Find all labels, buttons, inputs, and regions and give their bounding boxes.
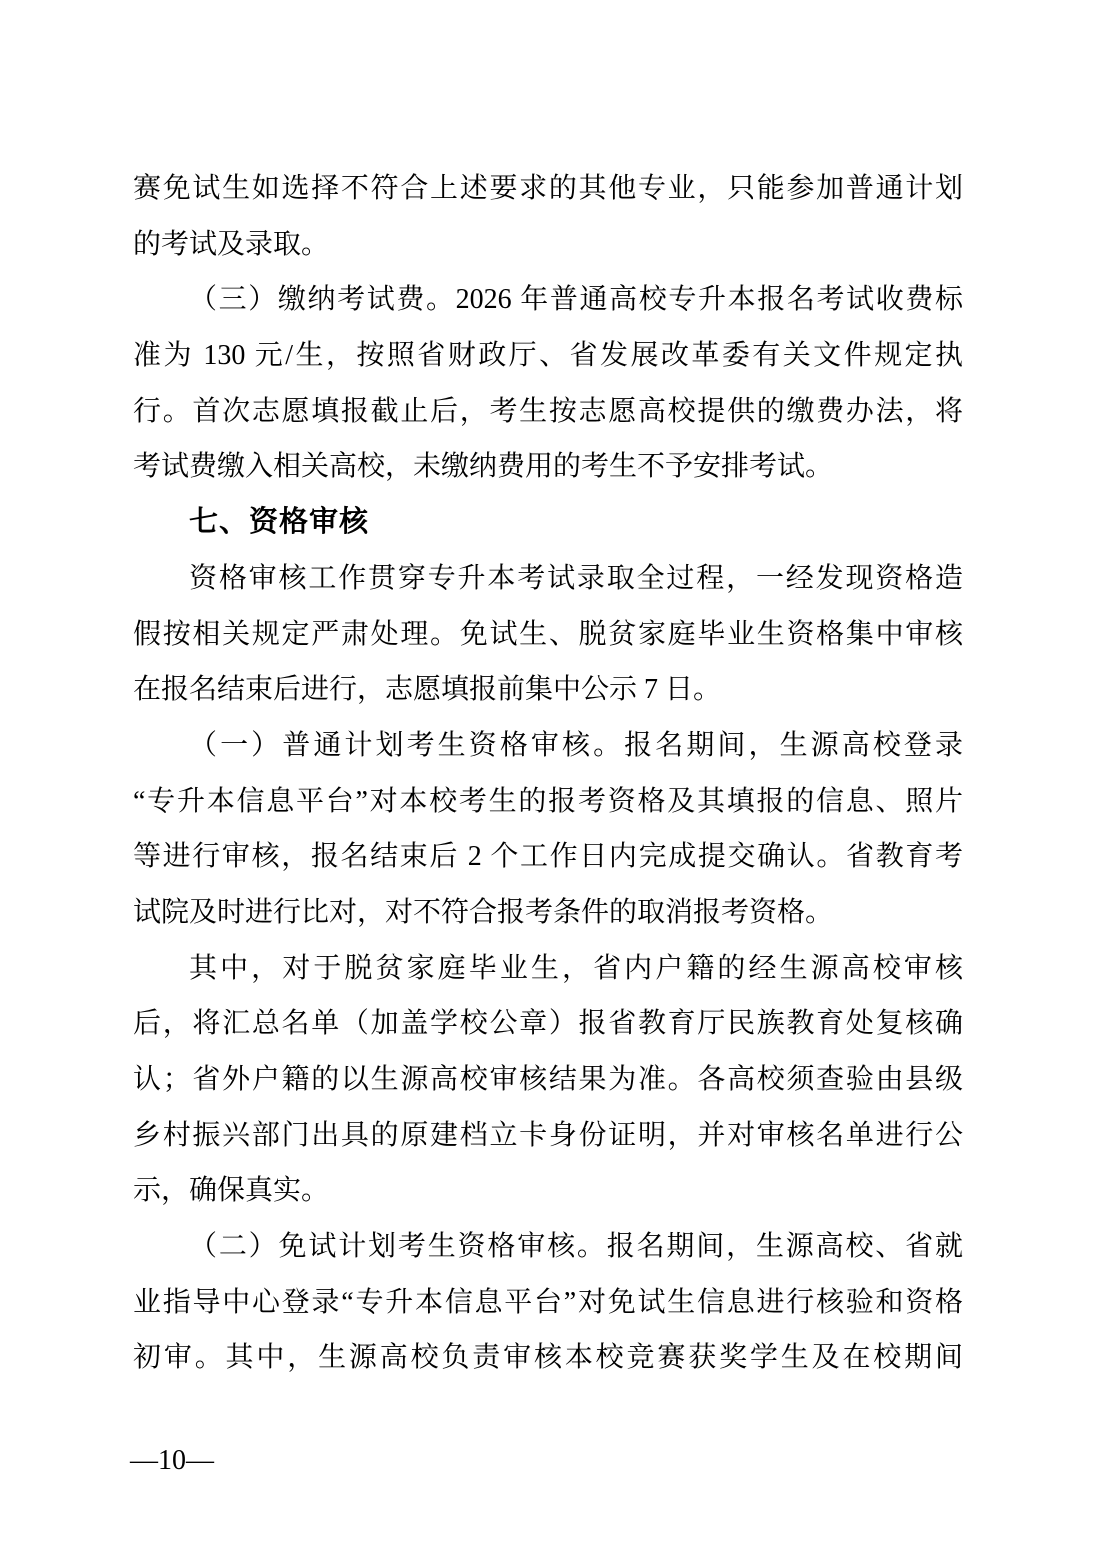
text-line: 初审。其中，生源高校负责审核本校竞赛获奖学生及在校期间 [133,1330,963,1386]
text-line: “专升本信息平台”对本校考生的报考资格及其填报的信息、照片 [133,774,963,830]
text-line: 赛免试生如选择不符合上述要求的其他专业，只能参加普通计划 [133,161,963,217]
document-page: 赛免试生如选择不符合上述要求的其他专业，只能参加普通计划 的考试及录取。 （三）… [0,0,1102,1559]
text-line: 示，确保真实。 [133,1163,963,1219]
text-line: 的考试及录取。 [133,217,963,273]
text-line: （二）免试计划考生资格审核。报名期间，生源高校、省就 [133,1219,963,1275]
text-line: 资格审核工作贯穿专升本考试录取全过程，一经发现资格造 [133,551,963,607]
page-number: —10— [130,1446,214,1476]
text-line: （一）普通计划考生资格审核。报名期间，生源高校登录 [133,718,963,774]
text-line: 行。首次志愿填报截止后，考生按志愿高校提供的缴费办法，将 [133,384,963,440]
text-line: 准为 130 元/生，按照省财政厅、省发展改革委有关文件规定执 [133,328,963,384]
text-line: 假按相关规定严肃处理。免试生、脱贫家庭毕业生资格集中审核 [133,607,963,663]
text-line: 其中，对于脱贫家庭毕业生，省内户籍的经生源高校审核 [133,941,963,997]
text-line: 等进行审核，报名结束后 2 个工作日内完成提交确认。省教育考 [133,829,963,885]
text-line: 试院及时进行比对，对不符合报考条件的取消报考资格。 [133,885,963,941]
text-line: 乡村振兴部门出具的原建档立卡身份证明，并对审核名单进行公 [133,1108,963,1164]
text-line: 业指导中心登录“专升本信息平台”对免试生信息进行核验和资格 [133,1275,963,1331]
text-line: （三）缴纳考试费。2026 年普通高校专升本报名考试收费标 [133,272,963,328]
section-heading: 七、资格审核 [133,495,963,551]
text-line: 认；省外户籍的以生源高校审核结果为准。各高校须查验由县级 [133,1052,963,1108]
text-line: 后，将汇总名单（加盖学校公章）报省教育厅民族教育处复核确 [133,996,963,1052]
document-body: 赛免试生如选择不符合上述要求的其他专业，只能参加普通计划 的考试及录取。 （三）… [133,161,963,1386]
text-line: 在报名结束后进行，志愿填报前集中公示 7 日。 [133,662,963,718]
text-line: 考试费缴入相关高校，未缴纳费用的考生不予安排考试。 [133,439,963,495]
